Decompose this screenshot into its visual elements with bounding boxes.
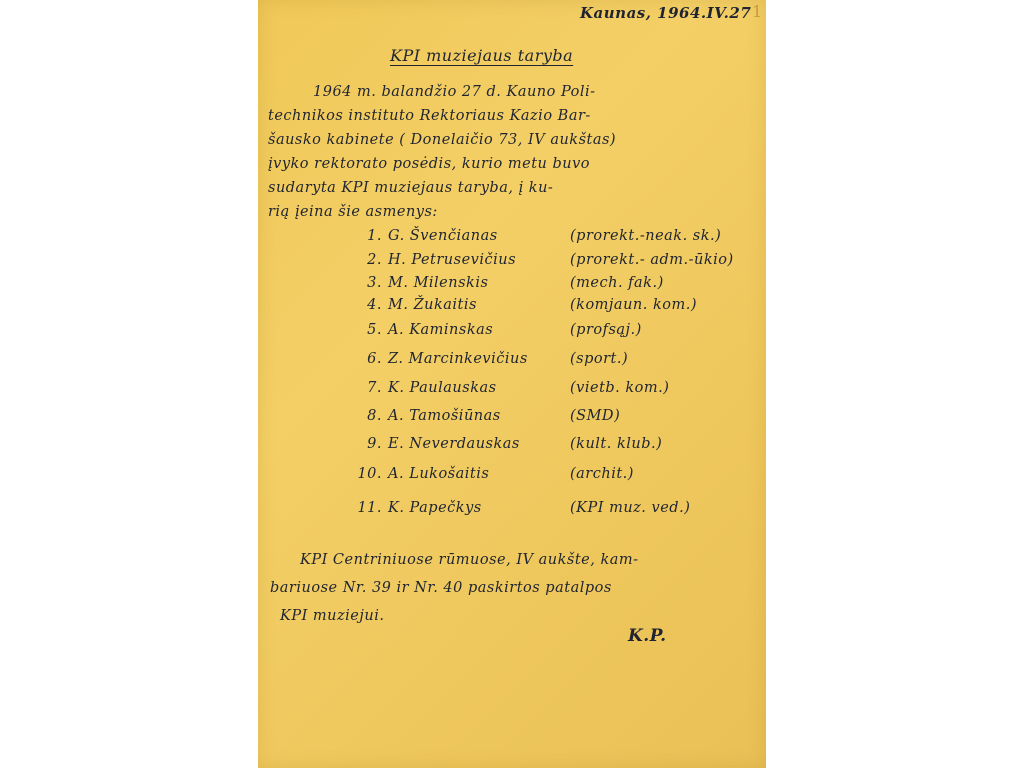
member-role: (mech. fak.) [570, 275, 664, 291]
member-role: (komjaun. kom.) [570, 297, 697, 313]
document-title: KPI muziejaus taryba [390, 46, 573, 65]
member-name: K. Papečkys [388, 500, 570, 516]
closing-line: KPI muziejui. [280, 608, 384, 624]
member-name: M. Žukaitis [388, 297, 570, 313]
member-name: A. Tamošiūnas [388, 408, 570, 424]
member-list-item: 11.K. Papečkys(KPI muz. ved.) [356, 500, 690, 516]
member-name: G. Švenčianas [388, 228, 570, 244]
member-name: A. Lukošaitis [388, 466, 570, 482]
member-name: Z. Marcinkevičius [388, 351, 570, 367]
member-number: 8. [356, 408, 382, 424]
intro-line: rią įeina šie asmenys: [268, 204, 438, 220]
member-list-item: 3.M. Milenskis(mech. fak.) [356, 275, 664, 291]
member-number: 7. [356, 380, 382, 396]
handwritten-document-page: Kaunas, 1964.IV.27 1 KPI muziejaus taryb… [258, 0, 766, 768]
member-list-item: 1.G. Švenčianas(prorekt.-neak. sk.) [356, 228, 721, 244]
place-date: Kaunas, 1964.IV.27 [580, 4, 751, 22]
member-list-item: 7.K. Paulauskas(vietb. kom.) [356, 380, 669, 396]
intro-line: sudaryta KPI muziejaus taryba, į ku- [268, 180, 553, 196]
member-list-item: 10.A. Lukošaitis(archit.) [356, 466, 634, 482]
member-role: (kult. klub.) [570, 436, 662, 452]
member-role: (sport.) [570, 351, 628, 367]
member-number: 4. [356, 297, 382, 313]
member-name: H. Petrusevičius [388, 252, 570, 268]
signature: K.P. [628, 626, 667, 646]
closing-line: KPI Centriniuose rūmuose, IV aukšte, kam… [300, 552, 639, 568]
page-number: 1 [752, 2, 763, 21]
member-number: 3. [356, 275, 382, 291]
member-number: 9. [356, 436, 382, 452]
member-number: 1. [356, 228, 382, 244]
intro-line: 1964 m. balandžio 27 d. Kauno Poli- [313, 84, 596, 100]
member-list-item: 8.A. Tamošiūnas(SMD) [356, 408, 620, 424]
member-role: (profsąj.) [570, 322, 642, 338]
member-name: M. Milenskis [388, 275, 570, 291]
member-name: A. Kaminskas [388, 322, 570, 338]
closing-line: bariuose Nr. 39 ir Nr. 40 paskirtos pata… [270, 580, 612, 596]
intro-line: įvyko rektorato posėdis, kurio metu buvo [268, 156, 590, 172]
member-list-item: 5.A. Kaminskas(profsąj.) [356, 322, 642, 338]
member-role: (vietb. kom.) [570, 380, 669, 396]
intro-line: technikos instituto Rektoriaus Kazio Bar… [268, 108, 591, 124]
member-list-item: 4.M. Žukaitis(komjaun. kom.) [356, 297, 697, 313]
member-number: 10. [356, 466, 382, 482]
member-role: (prorekt.- adm.-ūkio) [570, 252, 734, 268]
member-list-item: 2.H. Petrusevičius(prorekt.- adm.-ūkio) [356, 252, 734, 268]
member-role: (SMD) [570, 408, 620, 424]
member-role: (KPI muz. ved.) [570, 500, 690, 516]
member-number: 6. [356, 351, 382, 367]
member-number: 2. [356, 252, 382, 268]
member-role: (prorekt.-neak. sk.) [570, 228, 721, 244]
member-role: (archit.) [570, 466, 634, 482]
member-name: E. Neverdauskas [388, 436, 570, 452]
member-number: 11. [356, 500, 382, 516]
intro-line: šausko kabinete ( Donelaičio 73, IV aukš… [268, 132, 616, 148]
member-list-item: 6.Z. Marcinkevičius(sport.) [356, 351, 628, 367]
member-number: 5. [356, 322, 382, 338]
member-name: K. Paulauskas [388, 380, 570, 396]
member-list-item: 9.E. Neverdauskas(kult. klub.) [356, 436, 662, 452]
